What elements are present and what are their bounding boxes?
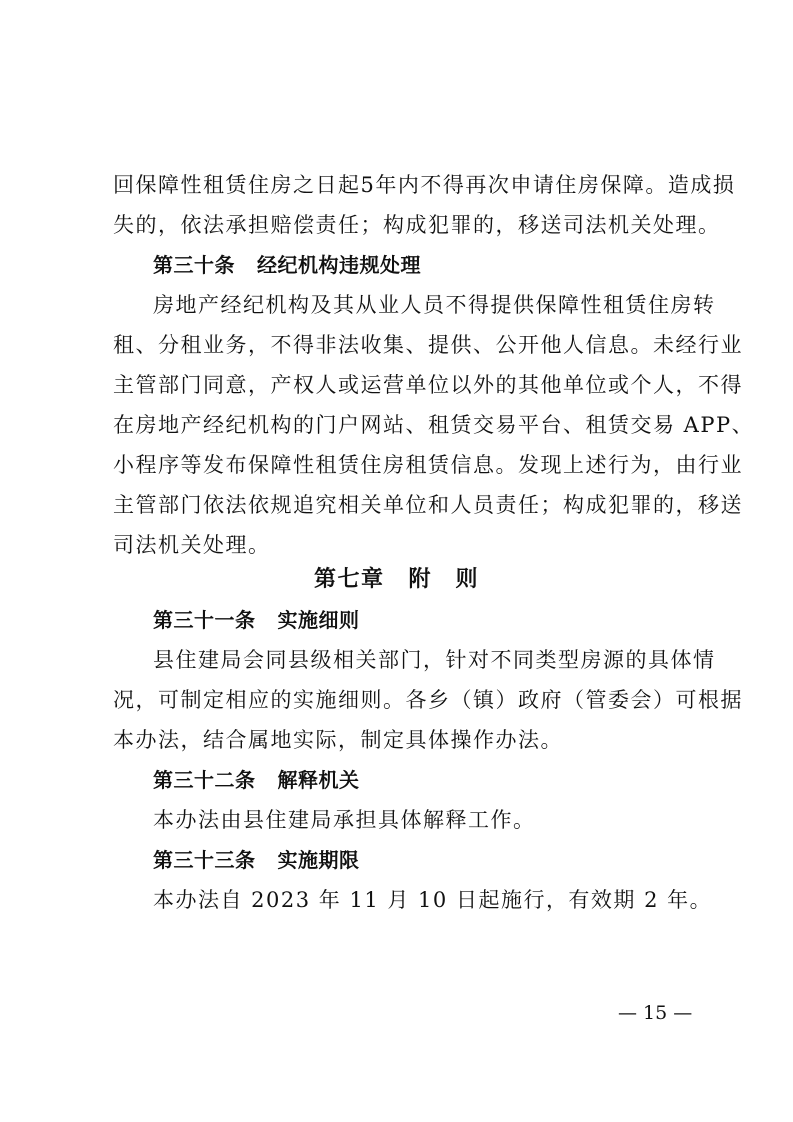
paragraph-line: 租、分租业务，不得非法收集、提供、公开他人信息。未经行业 bbox=[113, 331, 693, 359]
paragraph-line: 县住建局会同县级相关部门，针对不同类型房源的具体情 bbox=[153, 646, 733, 674]
paragraph-line: 司法机关处理。 bbox=[113, 531, 693, 559]
page-number: — 15 — bbox=[618, 1002, 692, 1024]
paragraph-line: 本办法自 2023 年 11 月 10 日起施行，有效期 2 年。 bbox=[153, 886, 733, 914]
article-30-heading: 第三十条经纪机构违规处理 bbox=[153, 251, 733, 279]
paragraph-line: 况，可制定相应的实施细则。各乡（镇）政府（管委会）可根据 bbox=[113, 686, 693, 714]
paragraph-line: 房地产经纪机构及其从业人员不得提供保障性租赁住房转 bbox=[153, 291, 733, 319]
article-32-heading: 第三十二条解释机关 bbox=[153, 766, 733, 794]
paragraph-line: 主管部门依法依规追究相关单位和人员责任；构成犯罪的，移送 bbox=[113, 491, 693, 519]
article-number: 第三十三条 bbox=[153, 848, 256, 872]
paragraph-line: 在房地产经纪机构的门户网站、租赁交易平台、租赁交易 APP、 bbox=[113, 411, 693, 439]
article-title: 实施细则 bbox=[278, 608, 360, 632]
document-page: 回保障性租赁住房之日起5年内不得再次申请住房保障。造成损 失的，依法承担赔偿责任… bbox=[0, 0, 793, 1122]
article-number: 第三十一条 bbox=[153, 608, 256, 632]
chapter-number: 第七章 bbox=[314, 567, 385, 592]
paragraph-line: 失的，依法承担赔偿责任；构成犯罪的，移送司法机关处理。 bbox=[113, 211, 693, 239]
article-number: 第三十二条 bbox=[153, 768, 256, 792]
article-33-heading: 第三十三条实施期限 bbox=[153, 846, 733, 874]
article-title: 解释机关 bbox=[278, 768, 360, 792]
paragraph-line: 本办法，结合属地实际，制定具体操作办法。 bbox=[113, 726, 693, 754]
article-title: 经纪机构违规处理 bbox=[257, 253, 421, 277]
paragraph-line: 主管部门同意，产权人或运营单位以外的其他单位或个人，不得 bbox=[113, 371, 693, 399]
chapter-7-heading: 第七章附 则 bbox=[0, 566, 793, 594]
paragraph-line: 回保障性租赁住房之日起5年内不得再次申请住房保障。造成损 bbox=[113, 171, 693, 199]
paragraph-line: 本办法由县住建局承担具体解释工作。 bbox=[153, 806, 733, 834]
article-title: 实施期限 bbox=[278, 848, 360, 872]
article-number: 第三十条 bbox=[153, 253, 235, 277]
paragraph-line: 小程序等发布保障性租赁住房租赁信息。发现上述行为，由行业 bbox=[113, 451, 693, 479]
chapter-title: 附 则 bbox=[409, 567, 480, 592]
article-31-heading: 第三十一条实施细则 bbox=[153, 606, 733, 634]
